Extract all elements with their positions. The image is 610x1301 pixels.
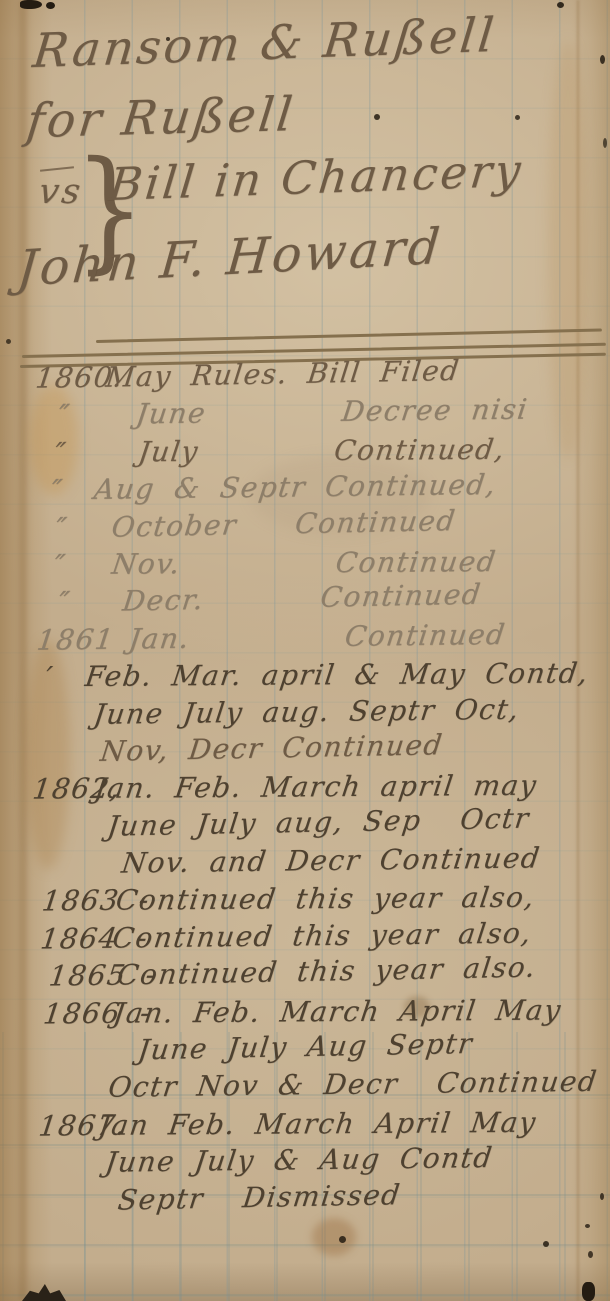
speck bbox=[588, 1251, 593, 1258]
entry-text: October Continued bbox=[110, 504, 458, 544]
entry-year-label: ″ bbox=[56, 399, 72, 432]
case-type-title: Bill in Chancery bbox=[106, 144, 526, 212]
plaintiff-for-line: for Rußell bbox=[24, 87, 298, 149]
entry-year-label: ″ bbox=[52, 548, 68, 581]
speck bbox=[600, 55, 605, 64]
speck bbox=[603, 138, 607, 148]
ink-stain bbox=[312, 1218, 356, 1256]
separator-rule bbox=[96, 329, 602, 343]
entry-text: Feb. Mar. april & May Contd, bbox=[83, 657, 591, 694]
docket-entries: 1860.May Rules. Bill Filed″June Decree n… bbox=[0, 355, 610, 1222]
entry-text: Aug & Septr Continued, bbox=[92, 468, 498, 506]
entry-text: Octr Nov & Decr Continued bbox=[106, 1065, 599, 1104]
entry-year-label: ′ bbox=[43, 660, 55, 693]
entry-text: June July aug. Septr Oct, bbox=[92, 692, 522, 730]
entry-text: Jan Feb. March April May bbox=[97, 1106, 539, 1142]
corner-mark bbox=[22, 1284, 66, 1301]
corner-mark bbox=[20, 0, 42, 9]
entry-year-label: ″ bbox=[54, 511, 70, 544]
entry-text: June July Aug Septr bbox=[136, 1027, 475, 1066]
entry-text: June July & Aug Contd bbox=[103, 1141, 495, 1179]
entry-text: Continued this year also, bbox=[111, 916, 534, 954]
plaintiff-name: Ransom & Rußell bbox=[30, 8, 499, 79]
speck bbox=[557, 2, 564, 8]
versus-overbar bbox=[40, 166, 74, 172]
ink-dot bbox=[543, 1241, 549, 1247]
entry-text: Jan. Feb. March april may bbox=[93, 769, 540, 805]
speck bbox=[585, 1224, 590, 1228]
corner-mark bbox=[46, 2, 55, 9]
entry-text: Jan. Continued bbox=[127, 618, 508, 656]
entry-text: May Rules. Bill Filed bbox=[104, 354, 462, 394]
ink-dot bbox=[339, 1236, 346, 1243]
entry-year-label: ″ bbox=[53, 436, 69, 469]
entry-text: Jan. Feb. March April May bbox=[111, 993, 563, 1029]
document-page: Ransom & Rußell for Rußell vs } Bill in … bbox=[0, 0, 610, 1301]
entry-year-label: ″ bbox=[57, 585, 73, 618]
entry-text: Nov. and Decr Continued bbox=[120, 841, 543, 879]
corner-mark bbox=[582, 1282, 595, 1301]
entry-text: July Continued, bbox=[136, 433, 507, 469]
entry-text: Decr. Continued bbox=[121, 578, 484, 618]
docket-entry: Septr Dismissed bbox=[10, 1177, 610, 1222]
speck bbox=[515, 115, 520, 120]
entry-text: Nov. Continued bbox=[110, 545, 499, 581]
entry-text: Nov, Decr Continued bbox=[99, 728, 446, 768]
entry-text: Continued this year also. bbox=[115, 951, 538, 992]
speck bbox=[374, 114, 380, 120]
entry-text: June Decree nisi bbox=[134, 393, 530, 431]
entry-text: Septr Dismissed bbox=[116, 1178, 403, 1216]
entry-year-label: ″ bbox=[49, 473, 65, 506]
speck bbox=[6, 339, 11, 344]
entry-text: Continued this year also, bbox=[114, 881, 537, 917]
entry-year-label: 1861 bbox=[35, 622, 116, 656]
